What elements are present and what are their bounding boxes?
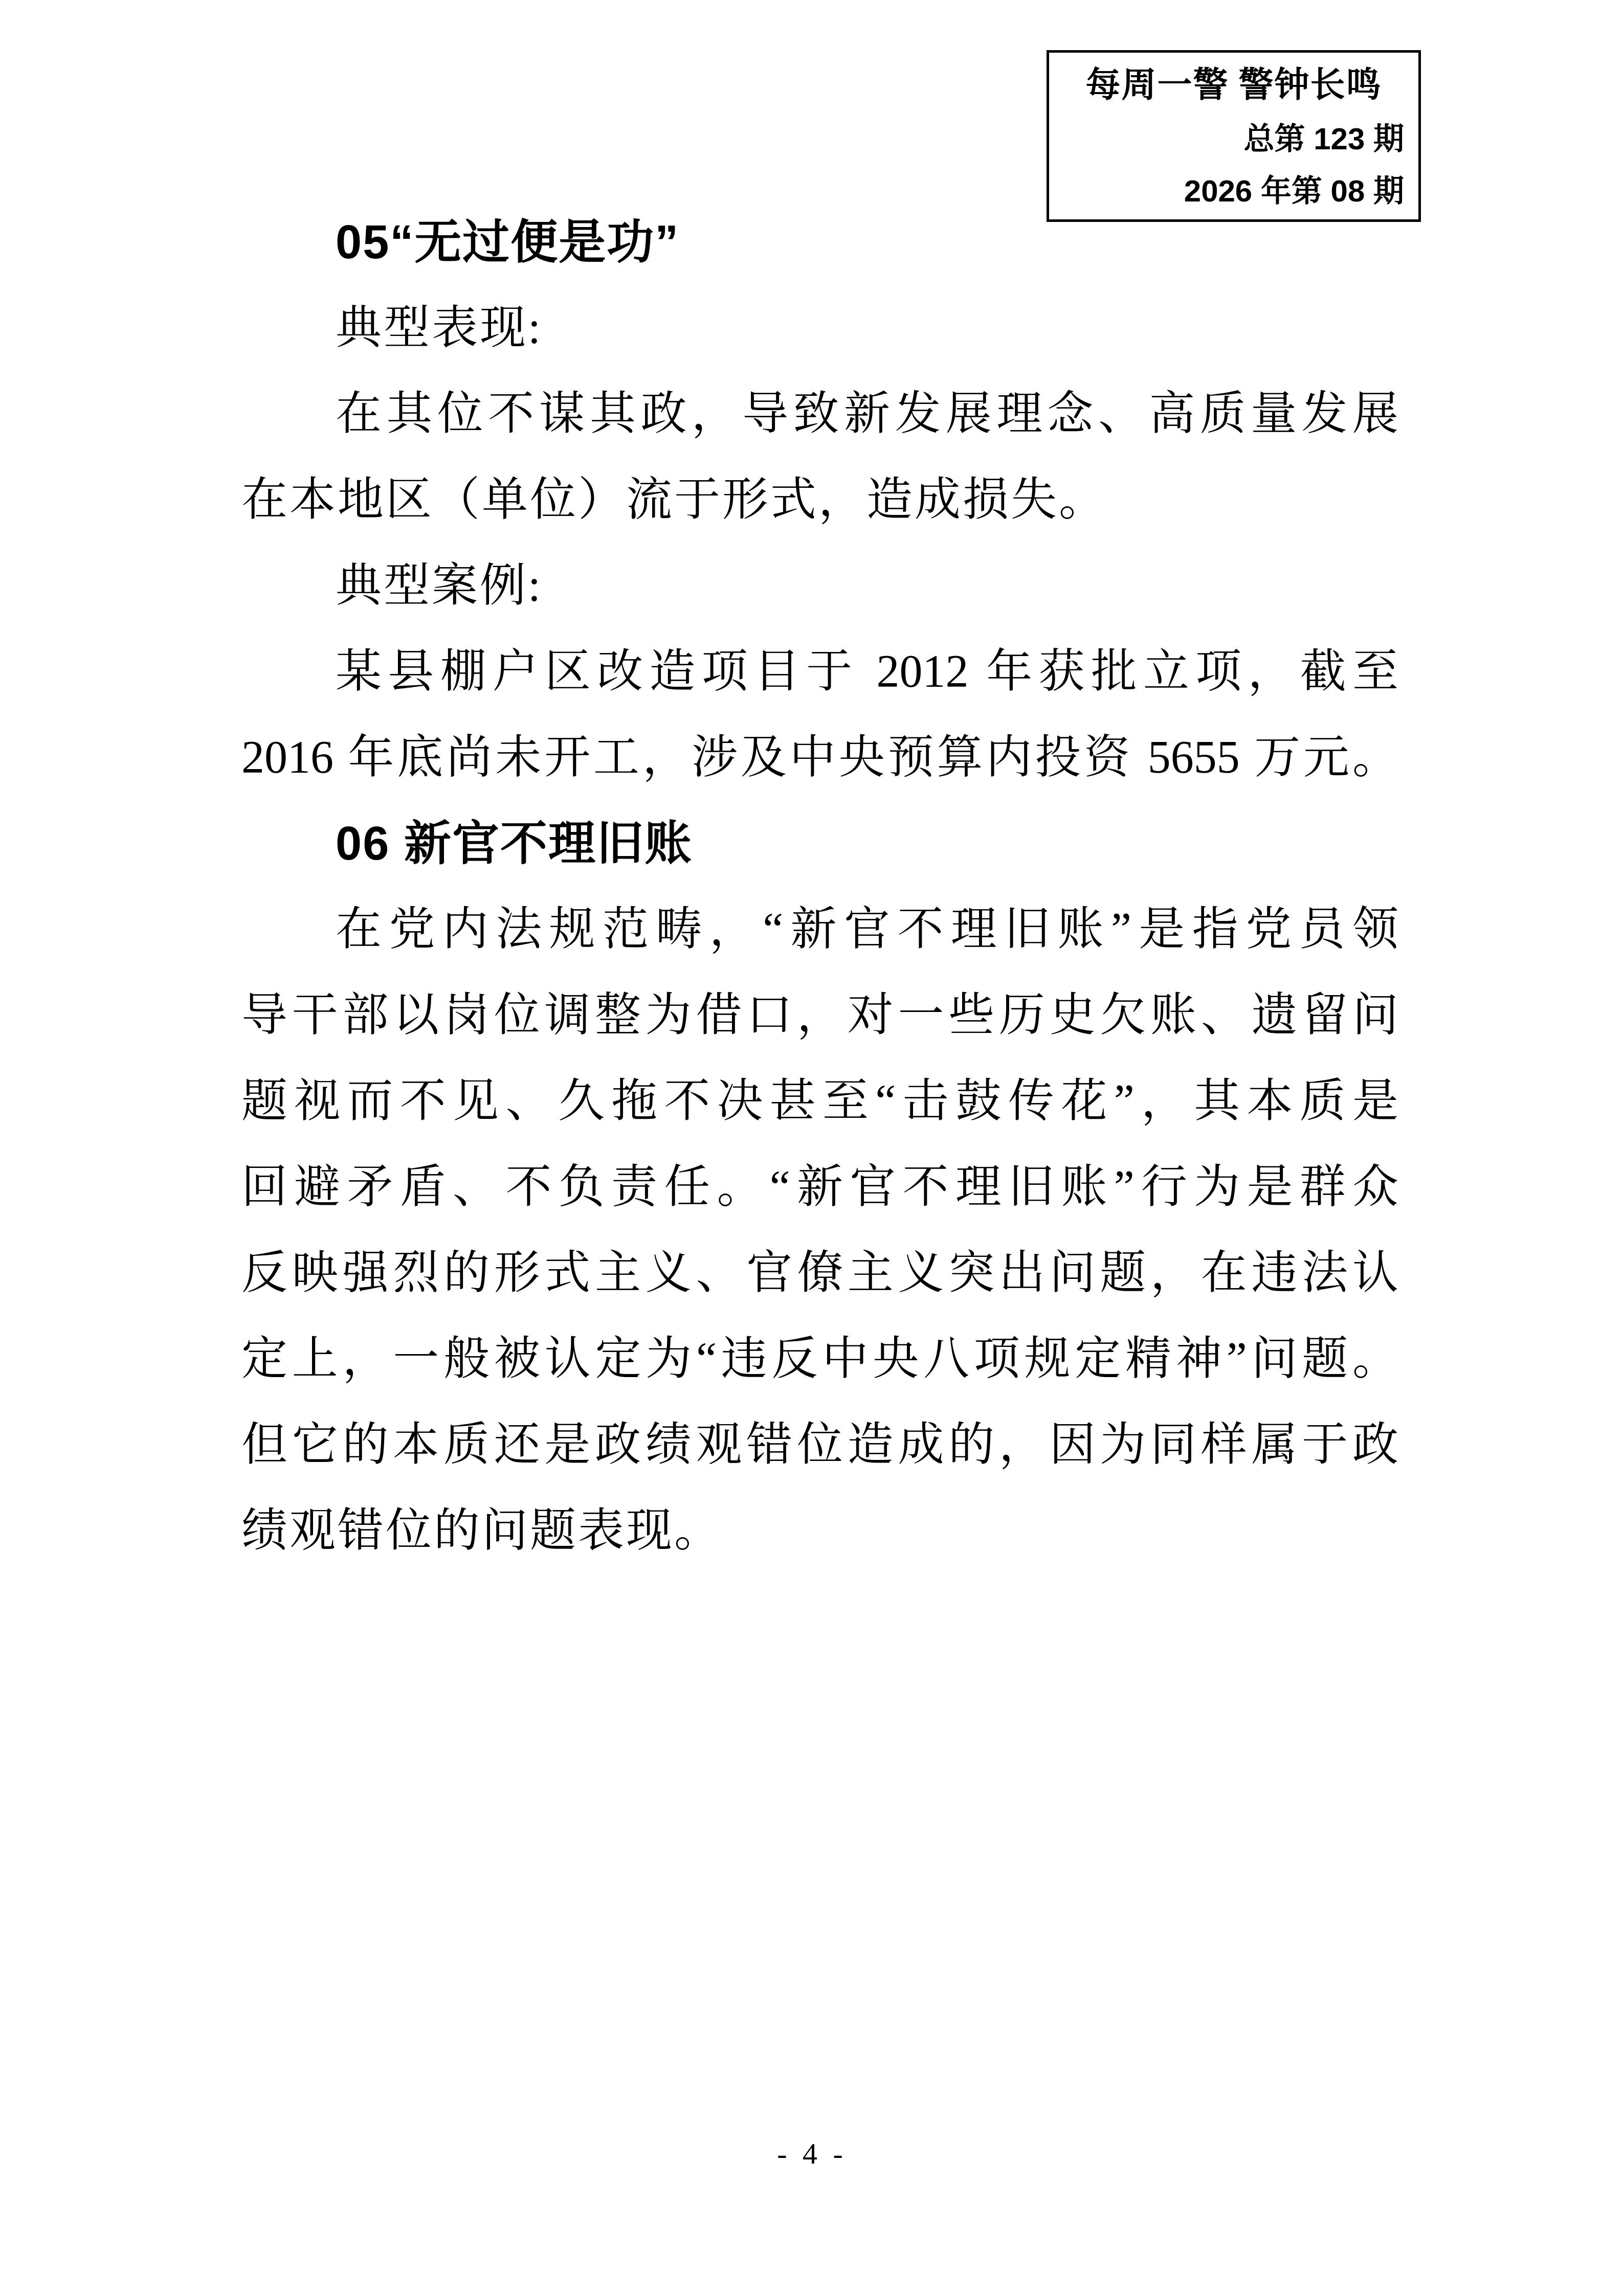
paragraph-line: 绩观错位的问题表现。 (241, 1488, 1398, 1574)
issue-box-title: 每周一警 警钟长鸣 (1063, 66, 1404, 104)
page-number: - 4 - (0, 2136, 1624, 2171)
document-body: 05“无过便是功” 典型表现: 在其位不谋其政，导致新发展理念、高质量发展 在本… (241, 199, 1398, 1574)
paragraph-line: 反映强烈的形式主义、官僚主义突出问题，在违法认 (241, 1230, 1398, 1316)
paragraph-line: 定上，一般被认定为“违反中央八项规定精神”问题。 (241, 1316, 1398, 1402)
paragraph-line: 在其位不谋其政，导致新发展理念、高质量发展 (241, 371, 1398, 457)
paragraph-line: 但它的本质还是政绩观错位造成的，因为同样属于政 (241, 1402, 1398, 1488)
paragraph-line: 在党内法规范畴，“新官不理旧账”是指党员领 (241, 887, 1398, 973)
document-page: 每周一警 警钟长鸣 总第 123 期 2026 年第 08 期 05“无过便是功… (0, 0, 1624, 2296)
issue-info-box: 每周一警 警钟长鸣 总第 123 期 2026 年第 08 期 (1047, 50, 1421, 222)
section-heading-05: 05“无过便是功” (241, 199, 1398, 285)
section-heading-06: 06 新官不理旧账 (241, 801, 1398, 887)
label-typical-case: 典型案例: (241, 543, 1398, 629)
paragraph-line: 2016 年底尚未开工，涉及中央预算内投资 5655 万元。 (241, 715, 1398, 801)
paragraph-line: 导干部以岗位调整为借口，对一些历史欠账、遗留问 (241, 973, 1398, 1059)
paragraph-line: 回避矛盾、不负责任。“新官不理旧账”行为是群众 (241, 1144, 1398, 1230)
paragraph-line: 某县棚户区改造项目于 2012 年获批立项，截至 (241, 629, 1398, 715)
paragraph-line: 在本地区（单位）流于形式，造成损失。 (241, 457, 1398, 543)
paragraph-line: 题视而不见、久拖不决甚至“击鼓传花”，其本质是 (241, 1059, 1398, 1144)
issue-total-number: 总第 123 期 (1063, 122, 1404, 156)
label-typical-manifestation: 典型表现: (241, 285, 1398, 371)
